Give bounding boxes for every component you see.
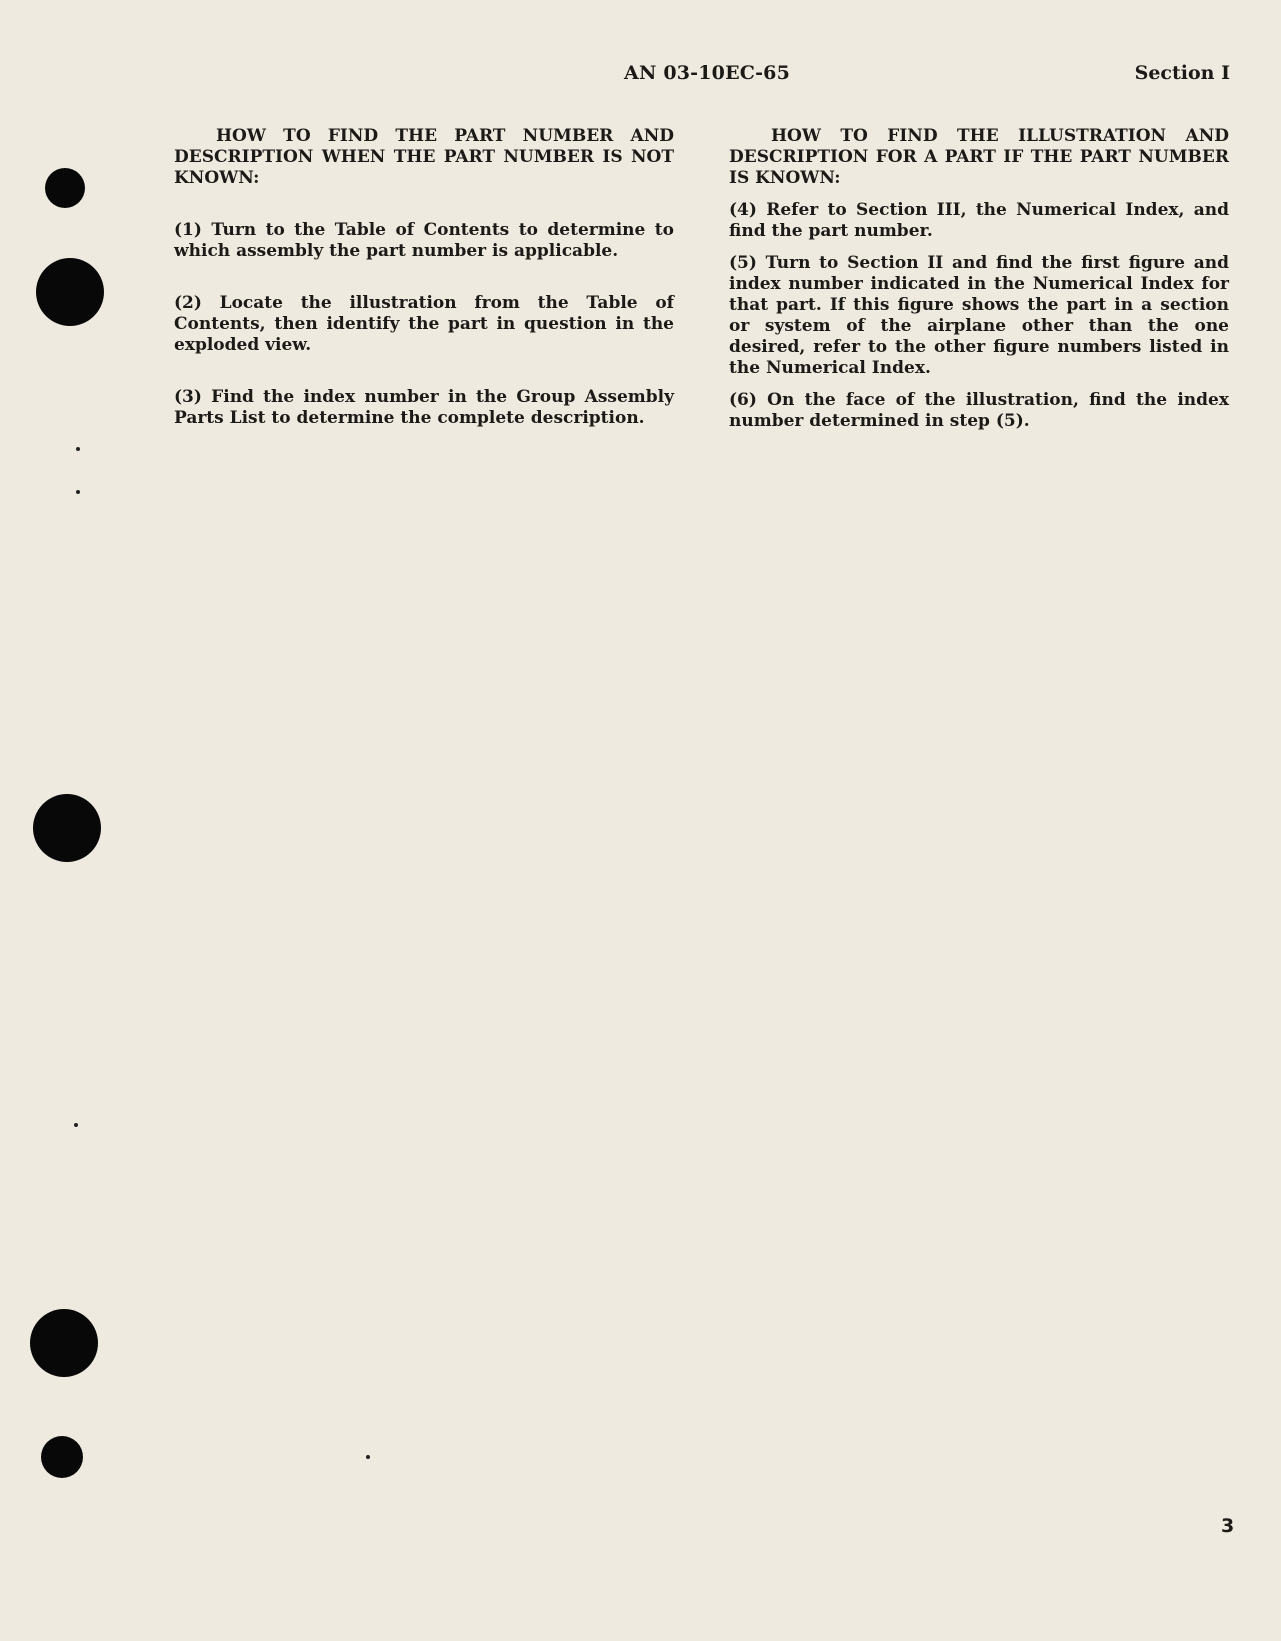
step-1: (1) Turn to the Table of Contents to det… (174, 220, 674, 262)
binder-hole (30, 1309, 98, 1377)
step-3: (3) Find the index number in the Group A… (174, 387, 674, 429)
step-6: (6) On the face of the illustration, fin… (729, 390, 1229, 432)
binder-hole (45, 168, 85, 208)
step-4: (4) Refer to Section III, the Numerical … (729, 200, 1229, 242)
speck (76, 490, 80, 494)
right-heading: HOW TO FIND THE ILLUSTRATION AND DESCRIP… (729, 126, 1229, 189)
header-section: Section I (1135, 62, 1230, 84)
binder-hole (33, 794, 101, 862)
binder-hole (36, 258, 104, 326)
step-5: (5) Turn to Section II and find the firs… (729, 253, 1229, 379)
speck (74, 1123, 78, 1127)
left-heading: HOW TO FIND THE PART NUMBER AND DESCRIPT… (174, 126, 674, 189)
right-column: HOW TO FIND THE ILLUSTRATION AND DESCRIP… (729, 126, 1229, 443)
header-document-id: AN 03-10EC-65 (624, 62, 790, 84)
page-number: 3 (1221, 1515, 1234, 1537)
left-column: HOW TO FIND THE PART NUMBER AND DESCRIPT… (174, 126, 674, 460)
step-2: (2) Locate the illustration from the Tab… (174, 293, 674, 356)
speck (366, 1455, 370, 1459)
speck (76, 447, 80, 451)
binder-hole (41, 1436, 83, 1478)
